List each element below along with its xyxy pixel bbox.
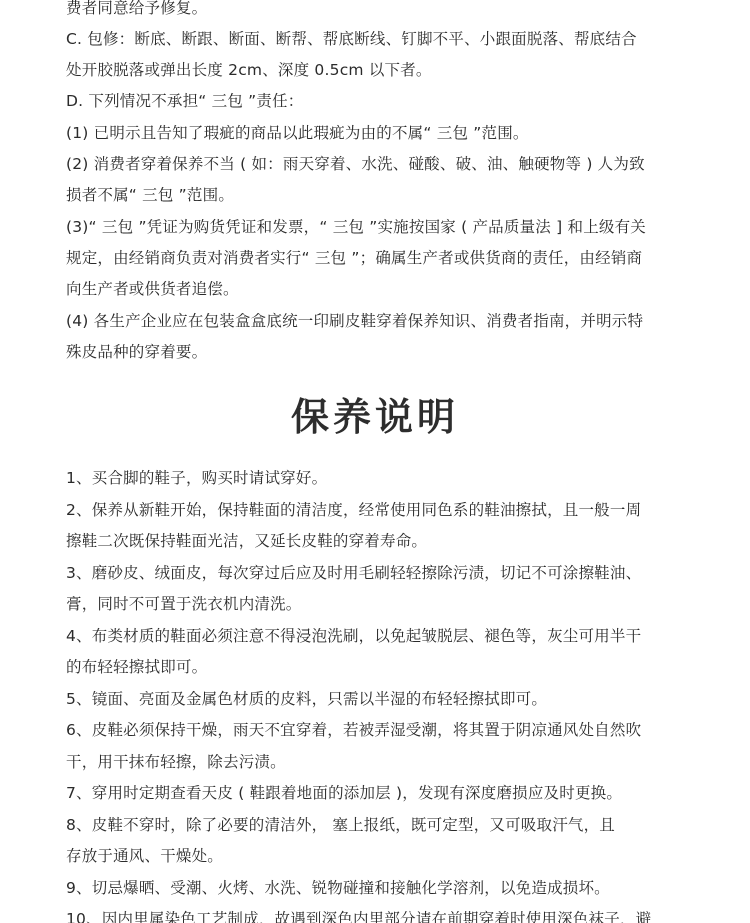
care-section-title: 保养说明	[0, 392, 750, 442]
text-line: 8、皮鞋不穿时，除了必要的清洁外， 塞上报纸，既可定型，又可吸取汗气，且	[66, 815, 615, 835]
text-line: 向生产者或供货者追偿。	[66, 279, 239, 299]
text-line: 7、穿用时定期查看天皮 ( 鞋跟着地面的添加层 )，发现有深度磨损应及时更换。	[66, 783, 622, 803]
text-line: (3)“ 三包 ”凭证为购货凭证和发票，“ 三包 ”实施按国家 ( 产品质量法 …	[66, 217, 646, 237]
text-line: 损者不属“ 三包 ”范围。	[66, 185, 234, 205]
document-page: 费者同意给予修复。 C. 包修：断底、断跟、断面、断帮、帮底断线、钉脚不平、小跟…	[0, 0, 750, 923]
text-line: 1、买合脚的鞋子，购买时请试穿好。	[66, 468, 327, 488]
text-line: 2、保养从新鞋开始，保持鞋面的清洁度，经常使用同色系的鞋油擦拭，且一般一周	[66, 500, 641, 520]
text-line: 存放于通风、干燥处。	[66, 846, 223, 866]
text-line: 膏，同时不可置于洗衣机内清洗。	[66, 594, 302, 614]
text-line: C. 包修：断底、断跟、断面、断帮、帮底断线、钉脚不平、小跟面脱落、帮底结合	[66, 29, 637, 49]
text-line: 的布轻轻擦拭即可。	[66, 657, 207, 677]
text-line: 殊皮品种的穿着要。	[66, 342, 207, 362]
text-line: 5、镜面、亮面及金属色材质的皮料，只需以半湿的布轻轻擦拭即可。	[66, 689, 547, 709]
text-line: (1) 已明示且告知了瑕疵的商品以此瑕疵为由的不属“ 三包 ”范围。	[66, 123, 529, 143]
text-line: 6、皮鞋必须保持干燥，雨天不宜穿着，若被弄湿受潮，将其置于阴凉通风处自然吹	[66, 720, 641, 740]
text-line: D. 下列情况不承担“ 三包 ”责任：	[66, 91, 304, 111]
text-line: 费者同意给予修复。	[66, 0, 207, 18]
text-line: 干，用干抹布轻擦，除去污渍。	[66, 752, 286, 772]
text-line: (2) 消费者穿着保养不当 ( 如：雨天穿着、水洗、碰酸、破、油、触硬物等 ) …	[66, 154, 645, 174]
text-line: (4) 各生产企业应在包装盒盒底统一印刷皮鞋穿着保养知识、消费者指南，并明示特	[66, 311, 643, 331]
text-line: 处开胶脱落或弹出长度 2cm、深度 0.5cm 以下者。	[66, 60, 432, 80]
text-line: 4、布类材质的鞋面必须注意不得浸泡洗刷，以免起皱脱层、褪色等，灰尘可用半干	[66, 626, 641, 646]
text-line: 规定，由经销商负责对消费者实行“ 三包 ”；确属生产者或供货商的责任，由经销商	[66, 248, 642, 268]
text-line: 9、切忌爆晒、受潮、火烤、水洗、锐物碰撞和接触化学溶剂，以免造成损坏。	[66, 878, 610, 898]
text-line: 3、磨砂皮、绒面皮，每次穿过后应及时用毛刷轻轻擦除污渍，切记不可涂擦鞋油、	[66, 563, 641, 583]
text-line: 10、因内里属染色工艺制成，故遇到深色内里部分请在前期穿着时使用深色袜子，避	[66, 909, 651, 923]
text-line: 擦鞋二次既保持鞋面光洁，又延长皮鞋的穿着寿命。	[66, 531, 427, 551]
